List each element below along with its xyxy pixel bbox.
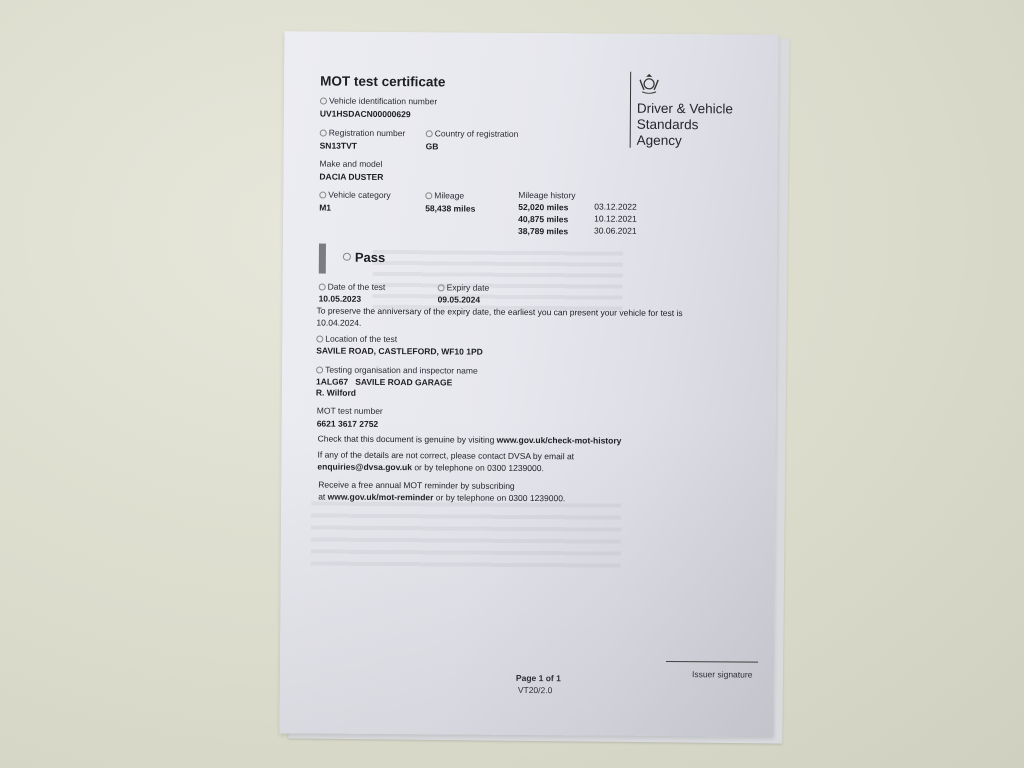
show-through-text [373,250,623,312]
reminder-text: Receive a free annual MOT reminder by su… [318,480,514,491]
test-number-value: 6621 3617 2752 [317,419,379,429]
category-label: Vehicle category [319,190,390,200]
mileage-history-miles: 38,789 miles [518,226,568,236]
page-number: Page 1 of 1 [516,673,561,683]
location-label: Location of the test [316,334,397,345]
mileage-history-miles: 52,020 miles [518,202,568,212]
make-model-label: Make and model [319,159,382,169]
country-label: Country of registration [426,128,519,139]
vin-label: Vehicle identification number [320,96,437,107]
test-number-label: MOT test number [317,406,383,416]
organisation-value: 1ALG67 SAVILE ROAD GARAGE [316,377,452,388]
test-date-value: 10.05.2023 [319,294,362,304]
form-code: VT20/2.0 [518,685,553,695]
contact-text: If any of the details are not correct, p… [317,450,574,462]
organisation-label: Testing organisation and inspector name [316,365,478,376]
registration-label: Registration number [320,128,406,139]
mileage-history-date: 10.12.2021 [594,213,637,223]
result-indicator-bar [319,244,326,274]
check-genuine-text: Check that this document is genuine by v… [318,434,622,446]
inspector-name: R. Wilford [316,388,356,398]
signature-label: Issuer signature [692,669,753,679]
category-value: M1 [319,203,331,213]
check-mot-history-link[interactable]: www.gov.uk/check-mot-history [497,435,622,446]
location-value: SAVILE ROAD, CASTLEFORD, WF10 1PD [316,346,483,357]
mileage-value: 58,438 miles [425,203,475,213]
document-title: MOT test certificate [320,74,445,90]
mileage-label: Mileage [425,190,464,200]
mileage-history-date: 30.06.2021 [594,225,637,235]
anniversary-note-date: 10.04.2024. [316,318,361,328]
dvsa-logo: Driver & Vehicle Standards Agency [630,72,734,149]
contact-email-line: enquiries@dvsa.gov.uk or by telephone on… [317,462,544,474]
agency-name-line: Driver & Vehicle [637,101,733,118]
registration-value: SN13TVT [320,141,357,151]
mileage-history-miles: 40,875 miles [518,214,568,224]
show-through-text [311,501,621,573]
royal-crest-icon [637,72,661,94]
make-model-value: DACIA DUSTER [319,172,383,182]
country-value: GB [426,141,439,151]
agency-name-line: Agency [637,133,733,150]
signature-line [666,661,758,663]
agency-name-line: Standards [637,117,733,134]
dvsa-email-link[interactable]: enquiries@dvsa.gov.uk [317,462,412,473]
vin-value: UV1HSDACN00000629 [320,109,411,120]
mot-certificate-page: MOT test certificate Driver & Vehicle St… [280,31,779,736]
mileage-history-label: Mileage history [518,190,575,200]
mileage-history-date: 03.12.2022 [594,201,637,211]
